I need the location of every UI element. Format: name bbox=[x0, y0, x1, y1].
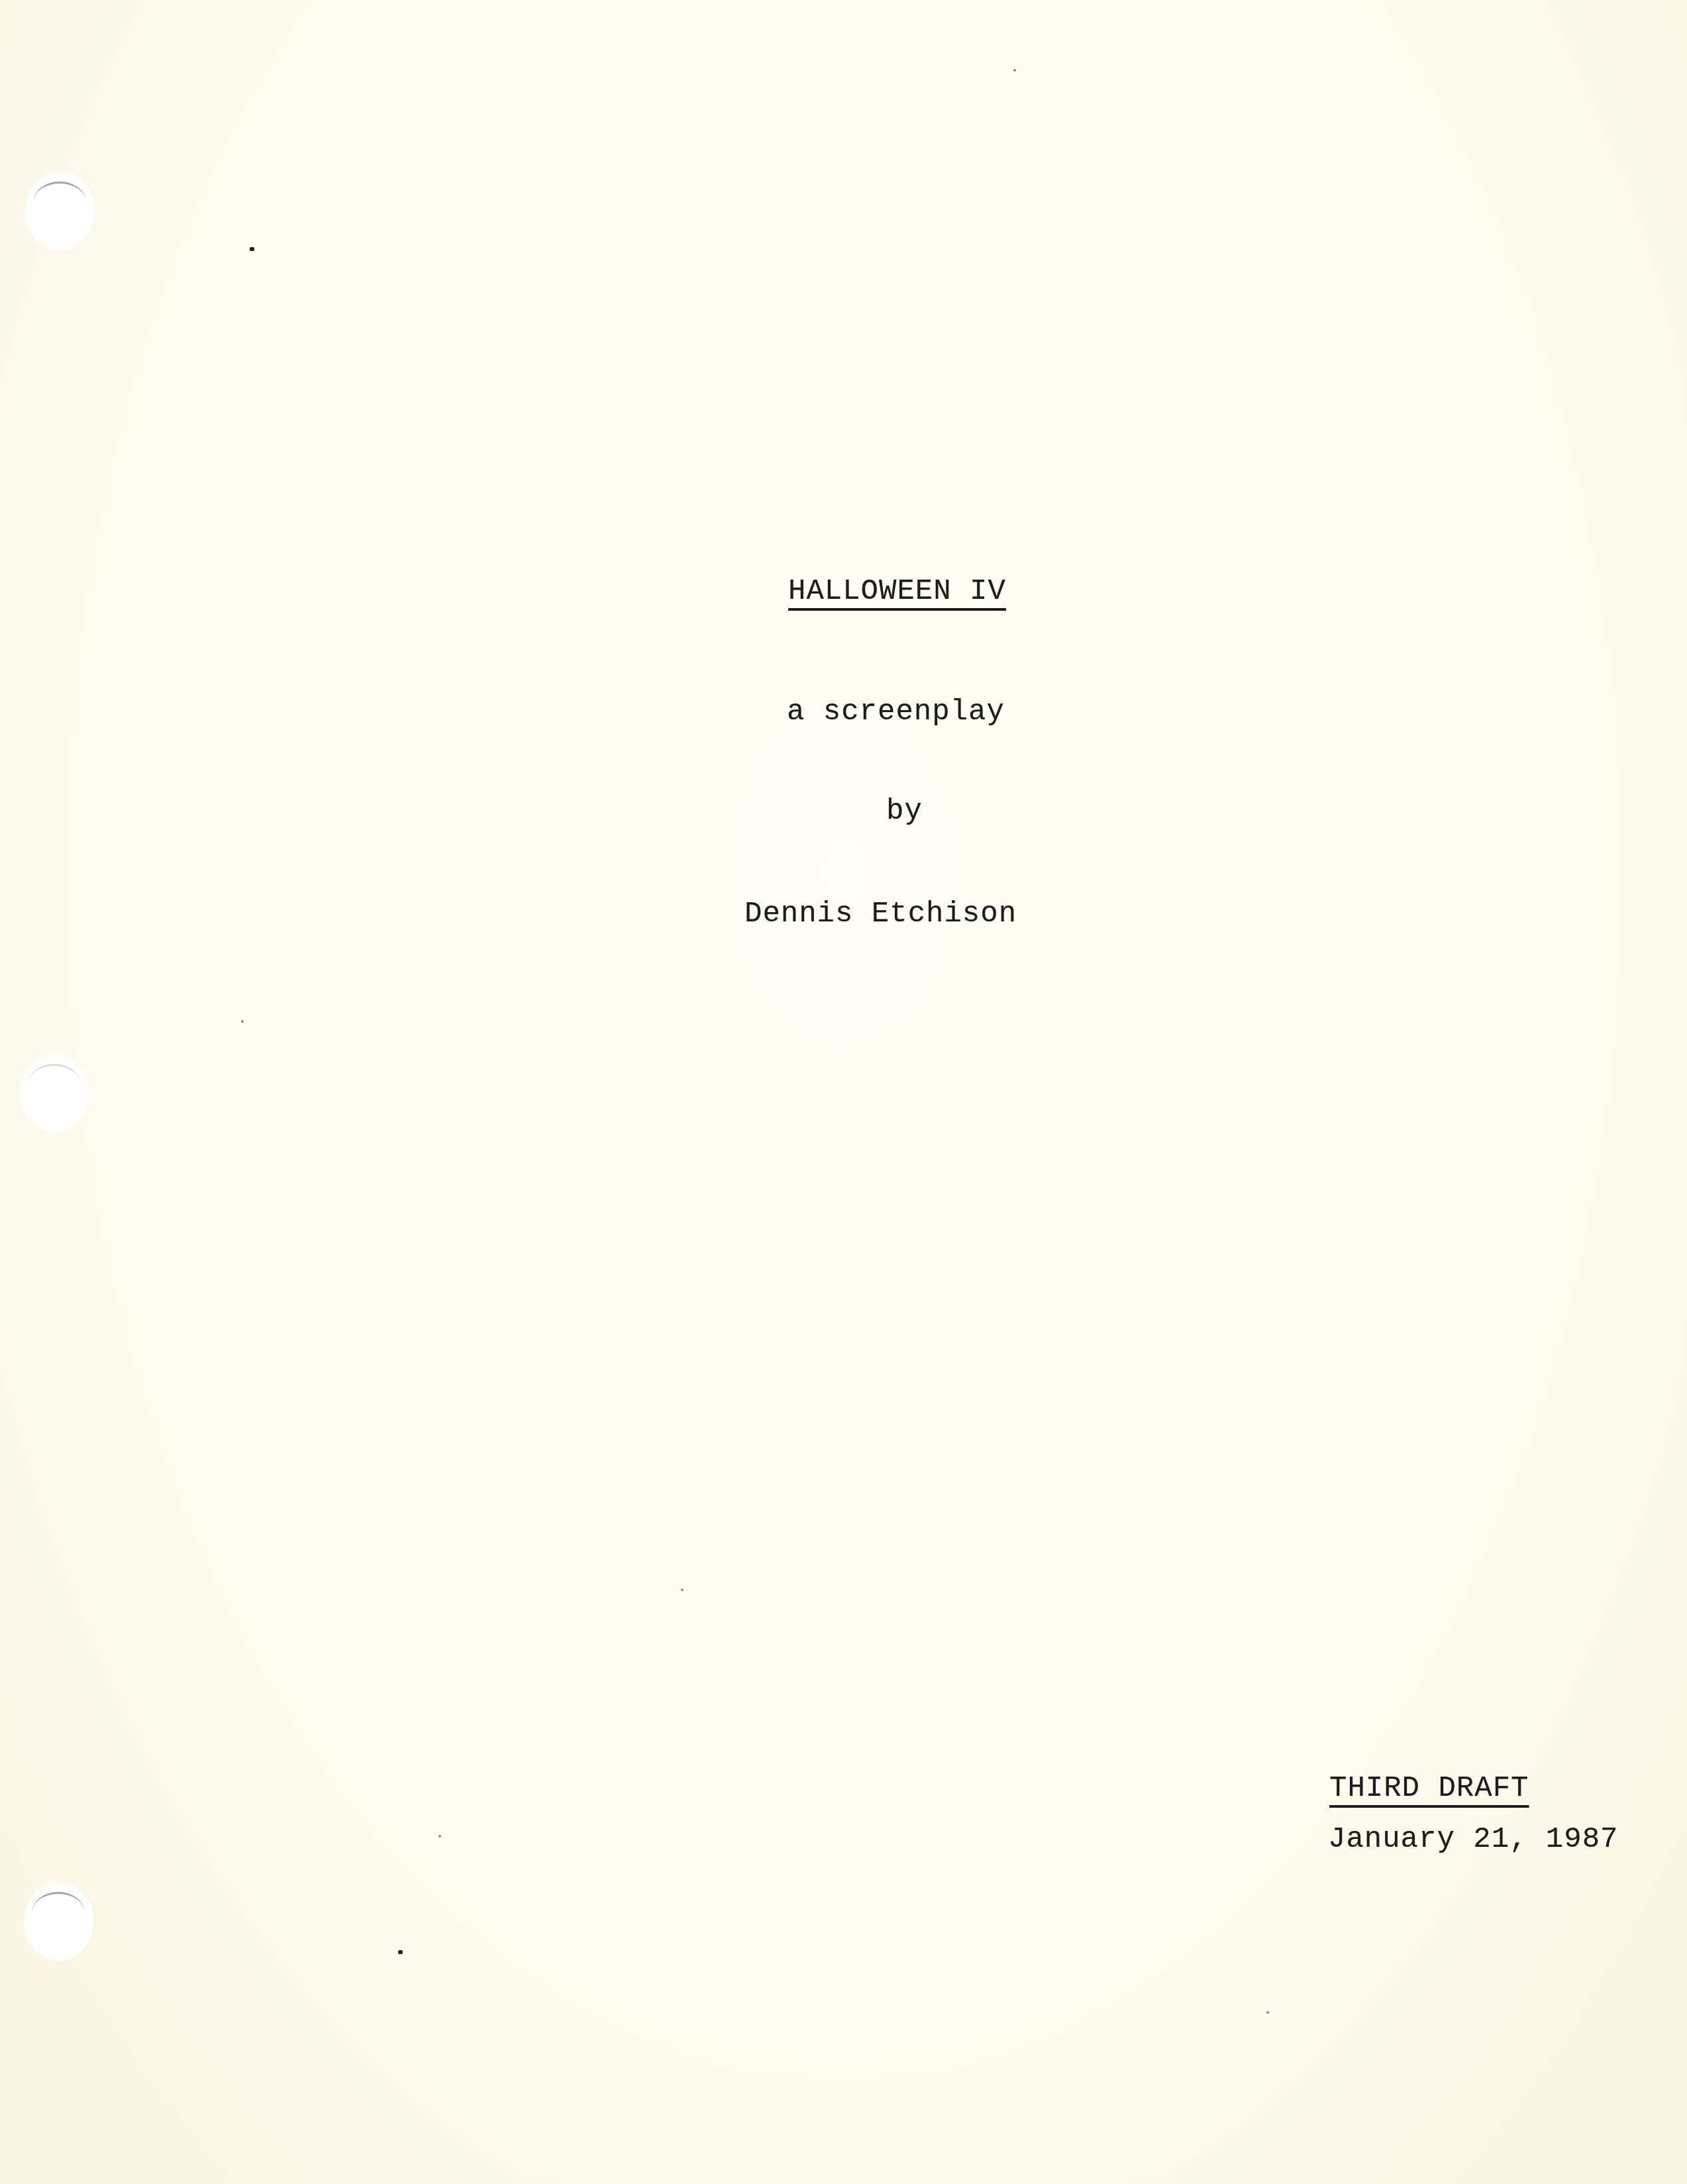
title-page: HALLOWEEN IV a screenplay by Dennis Etch… bbox=[0, 0, 1687, 2184]
byline: by bbox=[886, 795, 923, 828]
ink-speck bbox=[250, 247, 254, 251]
ink-speck bbox=[241, 1020, 244, 1023]
ink-speck bbox=[398, 1950, 403, 1954]
screenplay-title: HALLOWEEN IV bbox=[788, 575, 1006, 608]
ink-speck bbox=[438, 1835, 441, 1838]
ink-speck bbox=[1013, 69, 1016, 72]
document-type: a screenplay bbox=[787, 696, 1005, 729]
binder-hole-top bbox=[25, 171, 95, 250]
draft-label: THIRD DRAFT bbox=[1329, 1772, 1529, 1805]
binder-hole-bottom bbox=[24, 1881, 93, 1961]
author-name: Dennis Etchison bbox=[744, 898, 1017, 931]
binder-hole-middle bbox=[20, 1053, 89, 1133]
ink-speck bbox=[681, 1588, 684, 1591]
ink-speck bbox=[1266, 2011, 1269, 2014]
draft-date: January 21, 1987 bbox=[1328, 1823, 1618, 1856]
